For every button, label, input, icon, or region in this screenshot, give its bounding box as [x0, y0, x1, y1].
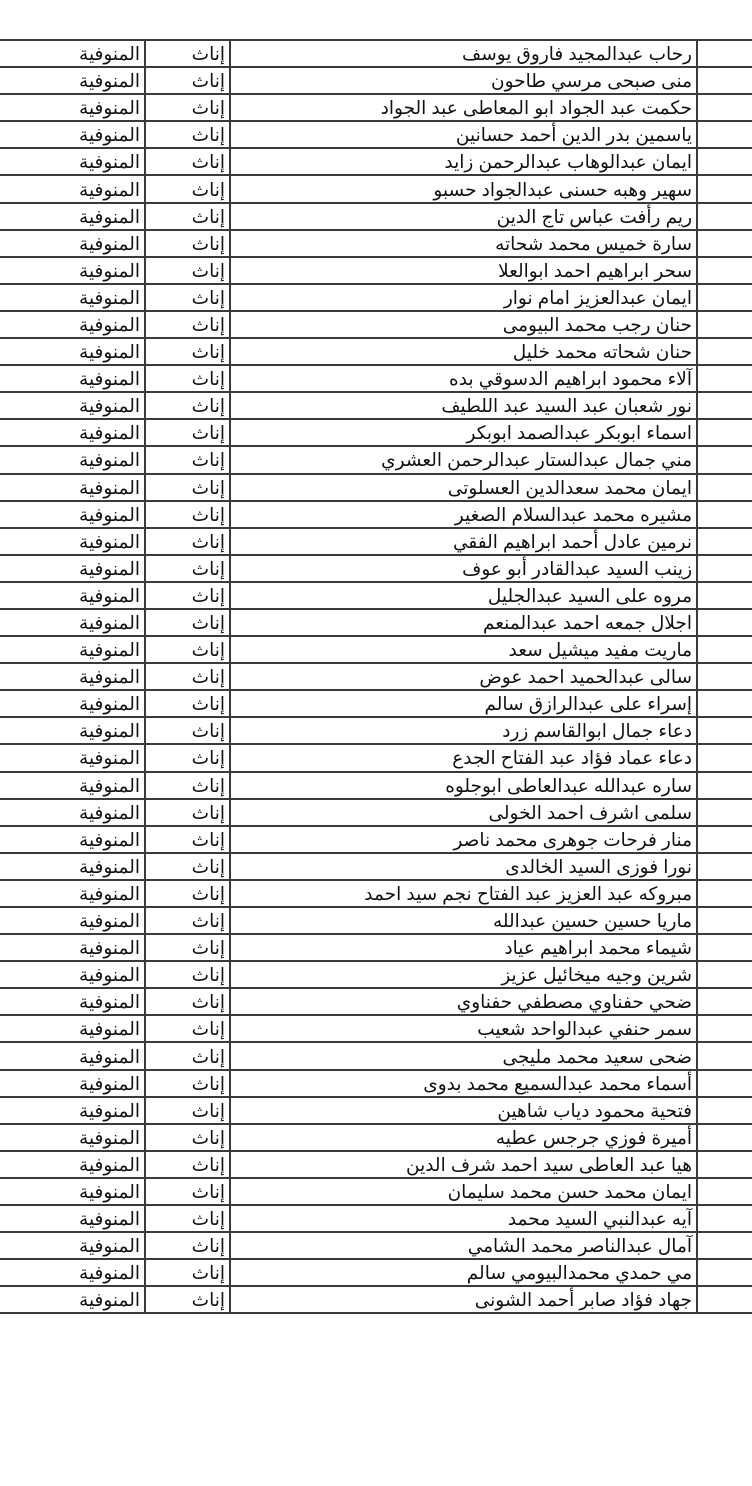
- name-cell[interactable]: نور شعبان عبد السيد عبد اللطيف: [230, 392, 697, 419]
- name-cell[interactable]: فتحية محمود دياب شاهين: [230, 1097, 697, 1124]
- governorate-cell[interactable]: المنوفية: [0, 257, 145, 284]
- governorate-cell[interactable]: المنوفية: [0, 501, 145, 528]
- gender-cell[interactable]: إناث: [145, 474, 230, 501]
- governorate-cell[interactable]: المنوفية: [0, 717, 145, 744]
- name-cell[interactable]: رحاب عبدالمجيد فاروق يوسف: [230, 40, 697, 67]
- table-row: المنوفيةإناثمنار فرحات جوهرى محمد ناصر: [0, 826, 752, 853]
- gender-cell[interactable]: إناث: [145, 799, 230, 826]
- name-cell[interactable]: سلمى اشرف احمد الخولى: [230, 799, 697, 826]
- name-cell[interactable]: ساره عبدالله عبدالعاطى ابوجلوه: [230, 772, 697, 799]
- table-row: المنوفيةإناثأميرة فوزي جرجس عطيه: [0, 1124, 752, 1151]
- gender-cell[interactable]: إناث: [145, 1259, 230, 1286]
- table-row: المنوفيةإناثنورا فوزى السيد الخالدى: [0, 853, 752, 880]
- empty-cell[interactable]: [697, 501, 752, 528]
- governorate-cell[interactable]: المنوفية: [0, 934, 145, 961]
- table-row: المنوفيةإناثمي حمدي محمدالبيومي سالم: [0, 1259, 752, 1286]
- table-row: المنوفيةإناثهيا عبد العاطى سيد احمد شرف …: [0, 1151, 752, 1178]
- empty-cell[interactable]: [697, 636, 752, 663]
- name-cell[interactable]: مبروكه عبد العزيز عبد الفتاح نجم سيد احم…: [230, 880, 697, 907]
- table-row: المنوفيةإناثمبروكه عبد العزيز عبد الفتاح…: [0, 880, 752, 907]
- governorate-cell[interactable]: المنوفية: [0, 1124, 145, 1151]
- table-row: المنوفيةإناثياسمين بدر الدين أحمد حسانين: [0, 121, 752, 148]
- governorate-cell[interactable]: المنوفية: [0, 474, 145, 501]
- empty-cell[interactable]: [697, 826, 752, 853]
- empty-cell[interactable]: [697, 555, 752, 582]
- governorate-cell[interactable]: المنوفية: [0, 311, 145, 338]
- gender-cell[interactable]: إناث: [145, 1232, 230, 1259]
- governorate-cell[interactable]: المنوفية: [0, 1097, 145, 1124]
- empty-cell[interactable]: [697, 1232, 752, 1259]
- empty-cell[interactable]: [697, 1286, 752, 1313]
- table-row: المنوفيةإناثأسماء محمد عبدالسميع محمد بد…: [0, 1070, 752, 1097]
- gender-cell[interactable]: إناث: [145, 94, 230, 121]
- empty-cell[interactable]: [697, 1259, 752, 1286]
- empty-cell[interactable]: [697, 1042, 752, 1069]
- empty-cell[interactable]: [697, 175, 752, 202]
- empty-cell[interactable]: [697, 67, 752, 94]
- name-cell[interactable]: نرمين عادل أحمد ابراهيم الفقي: [230, 528, 697, 555]
- gender-cell[interactable]: إناث: [145, 826, 230, 853]
- empty-cell[interactable]: [697, 663, 752, 690]
- governorate-cell[interactable]: المنوفية: [0, 988, 145, 1015]
- table-row: المنوفيةإناثدعاء جمال ابوالقاسم زرد: [0, 717, 752, 744]
- name-cell[interactable]: حنان رجب محمد البيومى: [230, 311, 697, 338]
- empty-cell[interactable]: [697, 1205, 752, 1232]
- table-row: المنوفيةإناثساره عبدالله عبدالعاطى ابوجل…: [0, 772, 752, 799]
- table-row: المنوفيةإناثإسراء على عبدالرازق سالم: [0, 690, 752, 717]
- gender-cell[interactable]: إناث: [145, 690, 230, 717]
- name-cell[interactable]: ايمان محمد حسن محمد سليمان: [230, 1178, 697, 1205]
- gender-cell[interactable]: إناث: [145, 1070, 230, 1097]
- name-cell[interactable]: منى صبحى مرسي طاحون: [230, 67, 697, 94]
- empty-cell[interactable]: [697, 582, 752, 609]
- empty-cell[interactable]: [697, 772, 752, 799]
- empty-cell[interactable]: [697, 717, 752, 744]
- name-cell[interactable]: سارة خميس محمد شحاته: [230, 230, 697, 257]
- name-cell[interactable]: اسماء ابوبكر عبدالصمد ابوبكر: [230, 419, 697, 446]
- governorate-cell[interactable]: المنوفية: [0, 1259, 145, 1286]
- table-row: المنوفيةإناثرحاب عبدالمجيد فاروق يوسف: [0, 40, 752, 67]
- empty-cell[interactable]: [697, 744, 752, 771]
- gender-cell[interactable]: إناث: [145, 67, 230, 94]
- empty-cell[interactable]: [697, 148, 752, 175]
- empty-cell[interactable]: [697, 40, 752, 67]
- table-row: المنوفيةإناثضحى سعيد محمد مليجى: [0, 1042, 752, 1069]
- empty-cell[interactable]: [697, 94, 752, 121]
- name-cell[interactable]: مني جمال عبدالستار عبدالرحمن العشري: [230, 446, 697, 473]
- gender-cell[interactable]: إناث: [145, 880, 230, 907]
- table-row: المنوفيةإناثحنان شحاته محمد خليل: [0, 338, 752, 365]
- table-row: المنوفيةإناثنرمين عادل أحمد ابراهيم الفق…: [0, 528, 752, 555]
- governorate-cell[interactable]: المنوفية: [0, 528, 145, 555]
- gender-cell[interactable]: إناث: [145, 1286, 230, 1313]
- table-row: المنوفيةإناثماريت مفيد ميشيل سعد: [0, 636, 752, 663]
- governorate-cell[interactable]: المنوفية: [0, 1070, 145, 1097]
- name-cell[interactable]: ضحى سعيد محمد مليجى: [230, 1042, 697, 1069]
- governorate-cell[interactable]: المنوفية: [0, 392, 145, 419]
- table-row: المنوفيةإناثآلاء محمود ابراهيم الدسوقي ب…: [0, 365, 752, 392]
- name-cell[interactable]: زينب السيد عبدالقادر أبو عوف: [230, 555, 697, 582]
- table-row: المنوفيةإناثمنى صبحى مرسي طاحون: [0, 67, 752, 94]
- gender-cell[interactable]: إناث: [145, 853, 230, 880]
- roster-table: المنوفيةإناثرحاب عبدالمجيد فاروق يوسفالم…: [0, 39, 752, 1314]
- name-cell[interactable]: أميرة فوزي جرجس عطيه: [230, 1124, 697, 1151]
- gender-cell[interactable]: إناث: [145, 988, 230, 1015]
- governorate-cell[interactable]: المنوفية: [0, 419, 145, 446]
- governorate-cell[interactable]: المنوفية: [0, 1015, 145, 1042]
- table-row: المنوفيةإناثمني جمال عبدالستار عبدالرحمن…: [0, 446, 752, 473]
- name-cell[interactable]: سمر حنفي عبدالواحد شعيب: [230, 1015, 697, 1042]
- gender-cell[interactable]: إناث: [145, 311, 230, 338]
- name-cell[interactable]: هيا عبد العاطى سيد احمد شرف الدين: [230, 1151, 697, 1178]
- table-row: المنوفيةإناثريم رأفت عباس تاج الدين: [0, 203, 752, 230]
- governorate-cell[interactable]: المنوفية: [0, 663, 145, 690]
- gender-cell[interactable]: إناث: [145, 1042, 230, 1069]
- table-row: المنوفيةإناثسحر ابراهيم احمد ابوالعلا: [0, 257, 752, 284]
- name-cell[interactable]: ماريت مفيد ميشيل سعد: [230, 636, 697, 663]
- table-row: المنوفيةإناثآيه عبدالنبي السيد محمد: [0, 1205, 752, 1232]
- governorate-cell[interactable]: المنوفية: [0, 582, 145, 609]
- table-row: المنوفيةإناثجهاد فؤاد صابر أحمد الشونى: [0, 1286, 752, 1313]
- gender-cell[interactable]: إناث: [145, 1097, 230, 1124]
- empty-cell[interactable]: [697, 230, 752, 257]
- empty-cell[interactable]: [697, 392, 752, 419]
- table-row: المنوفيةإناثشرين وجيه ميخائيل عزيز: [0, 961, 752, 988]
- empty-cell[interactable]: [697, 474, 752, 501]
- name-cell[interactable]: ايمان عبدالوهاب عبدالرحمن زايد: [230, 148, 697, 175]
- governorate-cell[interactable]: المنوفية: [0, 907, 145, 934]
- name-cell[interactable]: ياسمين بدر الدين أحمد حسانين: [230, 121, 697, 148]
- name-cell[interactable]: اجلال جمعه احمد عبدالمنعم: [230, 609, 697, 636]
- governorate-cell[interactable]: المنوفية: [0, 1151, 145, 1178]
- gender-cell[interactable]: إناث: [145, 1124, 230, 1151]
- empty-cell[interactable]: [697, 690, 752, 717]
- gender-cell[interactable]: إناث: [145, 365, 230, 392]
- gender-cell[interactable]: إناث: [145, 284, 230, 311]
- governorate-cell[interactable]: المنوفية: [0, 772, 145, 799]
- roster-body: المنوفيةإناثرحاب عبدالمجيد فاروق يوسفالم…: [0, 40, 752, 1313]
- table-row: المنوفيةإناثايمان محمد سعدالدين العسلوتى: [0, 474, 752, 501]
- gender-cell[interactable]: إناث: [145, 528, 230, 555]
- gender-cell[interactable]: إناث: [145, 1015, 230, 1042]
- name-cell[interactable]: دعاء جمال ابوالقاسم زرد: [230, 717, 697, 744]
- governorate-cell[interactable]: المنوفية: [0, 744, 145, 771]
- empty-cell[interactable]: [697, 1015, 752, 1042]
- gender-cell[interactable]: إناث: [145, 609, 230, 636]
- governorate-cell[interactable]: المنوفية: [0, 555, 145, 582]
- gender-cell[interactable]: إناث: [145, 1205, 230, 1232]
- governorate-cell[interactable]: المنوفية: [0, 365, 145, 392]
- empty-cell[interactable]: [697, 419, 752, 446]
- name-cell[interactable]: ريم رأفت عباس تاج الدين: [230, 203, 697, 230]
- empty-cell[interactable]: [697, 257, 752, 284]
- governorate-cell[interactable]: المنوفية: [0, 67, 145, 94]
- governorate-cell[interactable]: المنوفية: [0, 1042, 145, 1069]
- empty-cell[interactable]: [697, 365, 752, 392]
- table-row: المنوفيةإناثسلمى اشرف احمد الخولى: [0, 799, 752, 826]
- governorate-cell[interactable]: المنوفية: [0, 148, 145, 175]
- name-cell[interactable]: مروه على السيد عبدالجليل: [230, 582, 697, 609]
- gender-cell[interactable]: إناث: [145, 419, 230, 446]
- name-cell[interactable]: حنان شحاته محمد خليل: [230, 338, 697, 365]
- gender-cell[interactable]: إناث: [145, 772, 230, 799]
- gender-cell[interactable]: إناث: [145, 121, 230, 148]
- table-row: المنوفيةإناثماريا حسين حسين عبدالله: [0, 907, 752, 934]
- name-cell[interactable]: نورا فوزى السيد الخالدى: [230, 853, 697, 880]
- empty-cell[interactable]: [697, 338, 752, 365]
- gender-cell[interactable]: إناث: [145, 257, 230, 284]
- governorate-cell[interactable]: المنوفية: [0, 1178, 145, 1205]
- empty-cell[interactable]: [697, 311, 752, 338]
- gender-cell[interactable]: إناث: [145, 636, 230, 663]
- name-cell[interactable]: دعاء عماد فؤاد عبد الفتاح الجدع: [230, 744, 697, 771]
- governorate-cell[interactable]: المنوفية: [0, 284, 145, 311]
- name-cell[interactable]: مي حمدي محمدالبيومي سالم: [230, 1259, 697, 1286]
- name-cell[interactable]: آمال عبدالناصر محمد الشامي: [230, 1232, 697, 1259]
- empty-cell[interactable]: [697, 1124, 752, 1151]
- governorate-cell[interactable]: المنوفية: [0, 121, 145, 148]
- gender-cell[interactable]: إناث: [145, 582, 230, 609]
- empty-cell[interactable]: [697, 1097, 752, 1124]
- empty-cell[interactable]: [697, 446, 752, 473]
- governorate-cell[interactable]: المنوفية: [0, 175, 145, 202]
- gender-cell[interactable]: إناث: [145, 501, 230, 528]
- name-cell[interactable]: مشيره محمد عبدالسلام الصغير: [230, 501, 697, 528]
- table-row: المنوفيةإناثسالى عبدالحميد احمد عوض: [0, 663, 752, 690]
- table-row: المنوفيةإناثزينب السيد عبدالقادر أبو عوف: [0, 555, 752, 582]
- name-cell[interactable]: أسماء محمد عبدالسميع محمد بدوى: [230, 1070, 697, 1097]
- gender-cell[interactable]: إناث: [145, 961, 230, 988]
- name-cell[interactable]: شرين وجيه ميخائيل عزيز: [230, 961, 697, 988]
- governorate-cell[interactable]: المنوفية: [0, 446, 145, 473]
- name-cell[interactable]: ايمان عبدالعزيز امام نوار: [230, 284, 697, 311]
- spreadsheet: المنوفيةإناثرحاب عبدالمجيد فاروق يوسفالم…: [0, 39, 752, 1314]
- table-row: المنوفيةإناثفتحية محمود دياب شاهين: [0, 1097, 752, 1124]
- empty-cell[interactable]: [697, 528, 752, 555]
- empty-cell[interactable]: [697, 988, 752, 1015]
- gender-cell[interactable]: إناث: [145, 744, 230, 771]
- name-cell[interactable]: إسراء على عبدالرازق سالم: [230, 690, 697, 717]
- gender-cell[interactable]: إناث: [145, 555, 230, 582]
- governorate-cell[interactable]: المنوفية: [0, 853, 145, 880]
- table-row: المنوفيةإناثدعاء عماد فؤاد عبد الفتاح ال…: [0, 744, 752, 771]
- empty-cell[interactable]: [697, 961, 752, 988]
- table-row: المنوفيةإناثمروه على السيد عبدالجليل: [0, 582, 752, 609]
- governorate-cell[interactable]: المنوفية: [0, 961, 145, 988]
- name-cell[interactable]: ايمان محمد سعدالدين العسلوتى: [230, 474, 697, 501]
- gender-cell[interactable]: إناث: [145, 203, 230, 230]
- gender-cell[interactable]: إناث: [145, 446, 230, 473]
- governorate-cell[interactable]: المنوفية: [0, 203, 145, 230]
- name-cell[interactable]: منار فرحات جوهرى محمد ناصر: [230, 826, 697, 853]
- table-row: المنوفيةإناثسارة خميس محمد شحاته: [0, 230, 752, 257]
- table-row: المنوفيةإناثمشيره محمد عبدالسلام الصغير: [0, 501, 752, 528]
- table-row: المنوفيةإناثضحي حفناوي مصطفي حفناوي: [0, 988, 752, 1015]
- table-row: المنوفيةإناثاسماء ابوبكر عبدالصمد ابوبكر: [0, 419, 752, 446]
- name-cell[interactable]: سالى عبدالحميد احمد عوض: [230, 663, 697, 690]
- gender-cell[interactable]: إناث: [145, 717, 230, 744]
- name-cell[interactable]: سحر ابراهيم احمد ابوالعلا: [230, 257, 697, 284]
- gender-cell[interactable]: إناث: [145, 148, 230, 175]
- name-cell[interactable]: ماريا حسين حسين عبدالله: [230, 907, 697, 934]
- empty-cell[interactable]: [697, 203, 752, 230]
- gender-cell[interactable]: إناث: [145, 663, 230, 690]
- governorate-cell[interactable]: المنوفية: [0, 94, 145, 121]
- gender-cell[interactable]: إناث: [145, 1178, 230, 1205]
- table-row: المنوفيةإناثحنان رجب محمد البيومى: [0, 311, 752, 338]
- table-row: المنوفيةإناثايمان عبدالعزيز امام نوار: [0, 284, 752, 311]
- name-cell[interactable]: آيه عبدالنبي السيد محمد: [230, 1205, 697, 1232]
- gender-cell[interactable]: إناث: [145, 907, 230, 934]
- table-row: المنوفيةإناثنور شعبان عبد السيد عبد اللط…: [0, 392, 752, 419]
- governorate-cell[interactable]: المنوفية: [0, 1232, 145, 1259]
- empty-cell[interactable]: [697, 880, 752, 907]
- name-cell[interactable]: حكمت عبد الجواد ابو المعاطى عبد الجواد: [230, 94, 697, 121]
- table-row: المنوفيةإناثآمال عبدالناصر محمد الشامي: [0, 1232, 752, 1259]
- gender-cell[interactable]: إناث: [145, 40, 230, 67]
- table-row: المنوفيةإناثاجلال جمعه احمد عبدالمنعم: [0, 609, 752, 636]
- name-cell[interactable]: جهاد فؤاد صابر أحمد الشونى: [230, 1286, 697, 1313]
- empty-cell[interactable]: [697, 284, 752, 311]
- name-cell[interactable]: سهير وهبه حسنى عبدالجواد حسبو: [230, 175, 697, 202]
- empty-cell[interactable]: [697, 934, 752, 961]
- governorate-cell[interactable]: المنوفية: [0, 609, 145, 636]
- table-row: المنوفيةإناثحكمت عبد الجواد ابو المعاطى …: [0, 94, 752, 121]
- table-row: المنوفيةإناثسهير وهبه حسنى عبدالجواد حسب…: [0, 175, 752, 202]
- name-cell[interactable]: آلاء محمود ابراهيم الدسوقي بده: [230, 365, 697, 392]
- governorate-cell[interactable]: المنوفية: [0, 636, 145, 663]
- empty-cell[interactable]: [697, 609, 752, 636]
- gender-cell[interactable]: إناث: [145, 230, 230, 257]
- empty-cell[interactable]: [697, 1070, 752, 1097]
- gender-cell[interactable]: إناث: [145, 1151, 230, 1178]
- empty-cell[interactable]: [697, 1151, 752, 1178]
- empty-cell[interactable]: [697, 853, 752, 880]
- name-cell[interactable]: ضحي حفناوي مصطفي حفناوي: [230, 988, 697, 1015]
- empty-cell[interactable]: [697, 799, 752, 826]
- name-cell[interactable]: شيماء محمد ابراهيم عياد: [230, 934, 697, 961]
- governorate-cell[interactable]: المنوفية: [0, 826, 145, 853]
- empty-cell[interactable]: [697, 1178, 752, 1205]
- governorate-cell[interactable]: المنوفية: [0, 1286, 145, 1313]
- gender-cell[interactable]: إناث: [145, 175, 230, 202]
- table-row: المنوفيةإناثسمر حنفي عبدالواحد شعيب: [0, 1015, 752, 1042]
- table-row: المنوفيةإناثايمان محمد حسن محمد سليمان: [0, 1178, 752, 1205]
- governorate-cell[interactable]: المنوفية: [0, 880, 145, 907]
- governorate-cell[interactable]: المنوفية: [0, 40, 145, 67]
- governorate-cell[interactable]: المنوفية: [0, 690, 145, 717]
- gender-cell[interactable]: إناث: [145, 934, 230, 961]
- gender-cell[interactable]: إناث: [145, 392, 230, 419]
- empty-cell[interactable]: [697, 907, 752, 934]
- governorate-cell[interactable]: المنوفية: [0, 230, 145, 257]
- governorate-cell[interactable]: المنوفية: [0, 338, 145, 365]
- gender-cell[interactable]: إناث: [145, 338, 230, 365]
- empty-cell[interactable]: [697, 121, 752, 148]
- table-row: المنوفيةإناثشيماء محمد ابراهيم عياد: [0, 934, 752, 961]
- governorate-cell[interactable]: المنوفية: [0, 1205, 145, 1232]
- table-row: المنوفيةإناثايمان عبدالوهاب عبدالرحمن زا…: [0, 148, 752, 175]
- governorate-cell[interactable]: المنوفية: [0, 799, 145, 826]
